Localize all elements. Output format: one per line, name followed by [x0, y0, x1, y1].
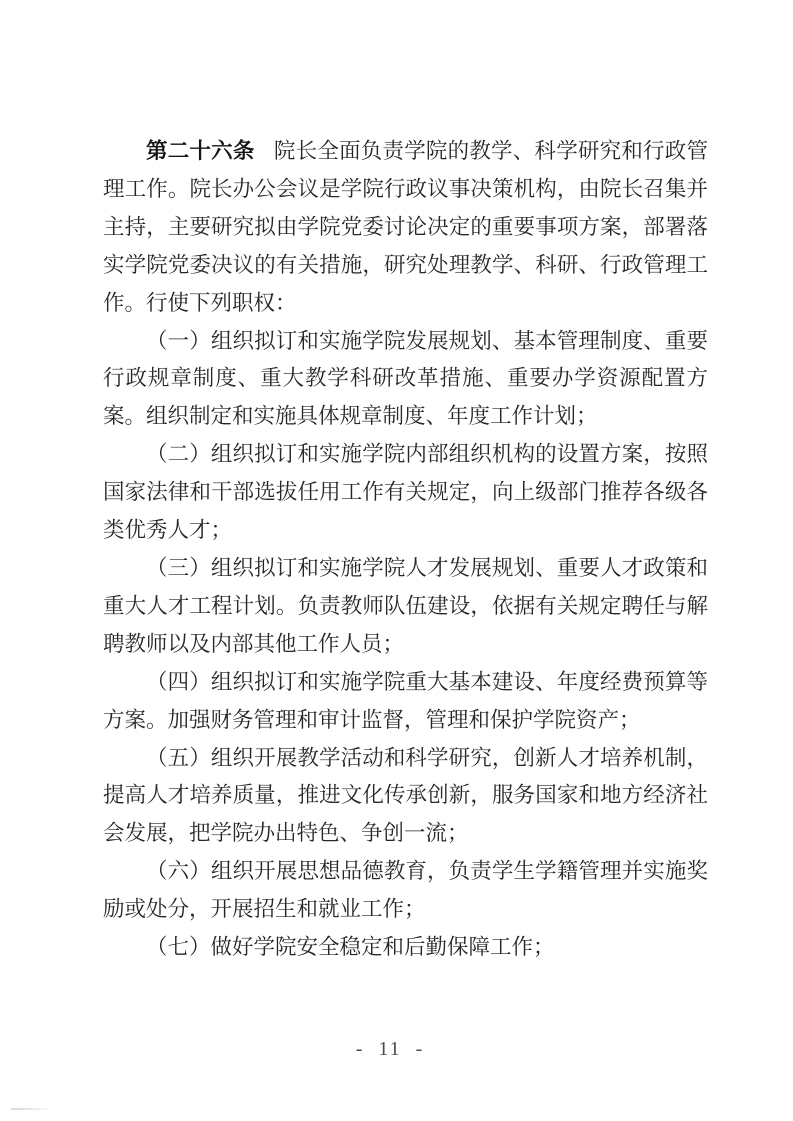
scan-artifact-line [11, 1108, 48, 1110]
article-item-6: （六）组织开展思想品德教育，负责学生学籍管理并实施奖励或处分，开展招生和就业工作… [103, 853, 708, 929]
article-item-4: （四）组织拟订和实施学院重大基本建设、年度经费预算等方案。加强财务管理和审计监督… [103, 664, 708, 740]
article-item-7: （七）做好学院安全稳定和后勤保障工作； [103, 929, 708, 967]
article-item-1: （一）组织拟订和实施学院发展规划、基本管理制度、重要行政规章制度、重大教学科研改… [103, 323, 708, 437]
article-item-3: （三）组织拟订和实施学院人才发展规划、重要人才政策和重大人才工程计划。负责教师队… [103, 550, 708, 664]
article-intro-text: 院长全面负责学院的教学、科学研究和行政管理工作。院长办公会议是学院行政议事决策机… [103, 139, 708, 315]
article-item-5: （五）组织开展教学活动和科学研究，创新人才培养机制，提高人才培养质量，推进文化传… [103, 740, 708, 854]
article-number: 第二十六条 [146, 139, 255, 163]
article-item-2: （二）组织拟订和实施学院内部组织机构的设置方案，按照国家法律和干部选拔任用工作有… [103, 436, 708, 550]
page-footer: - 11 - [0, 1038, 780, 1061]
article-body: 第二十六条院长全面负责学院的教学、科学研究和行政管理工作。院长办公会议是学院行政… [103, 133, 708, 967]
page-number: - 11 - [356, 1038, 425, 1060]
article-intro-paragraph: 第二十六条院长全面负责学院的教学、科学研究和行政管理工作。院长办公会议是学院行政… [103, 133, 708, 323]
document-page: 第二十六条院长全面负责学院的教学、科学研究和行政管理工作。院长办公会议是学院行政… [0, 0, 793, 1121]
